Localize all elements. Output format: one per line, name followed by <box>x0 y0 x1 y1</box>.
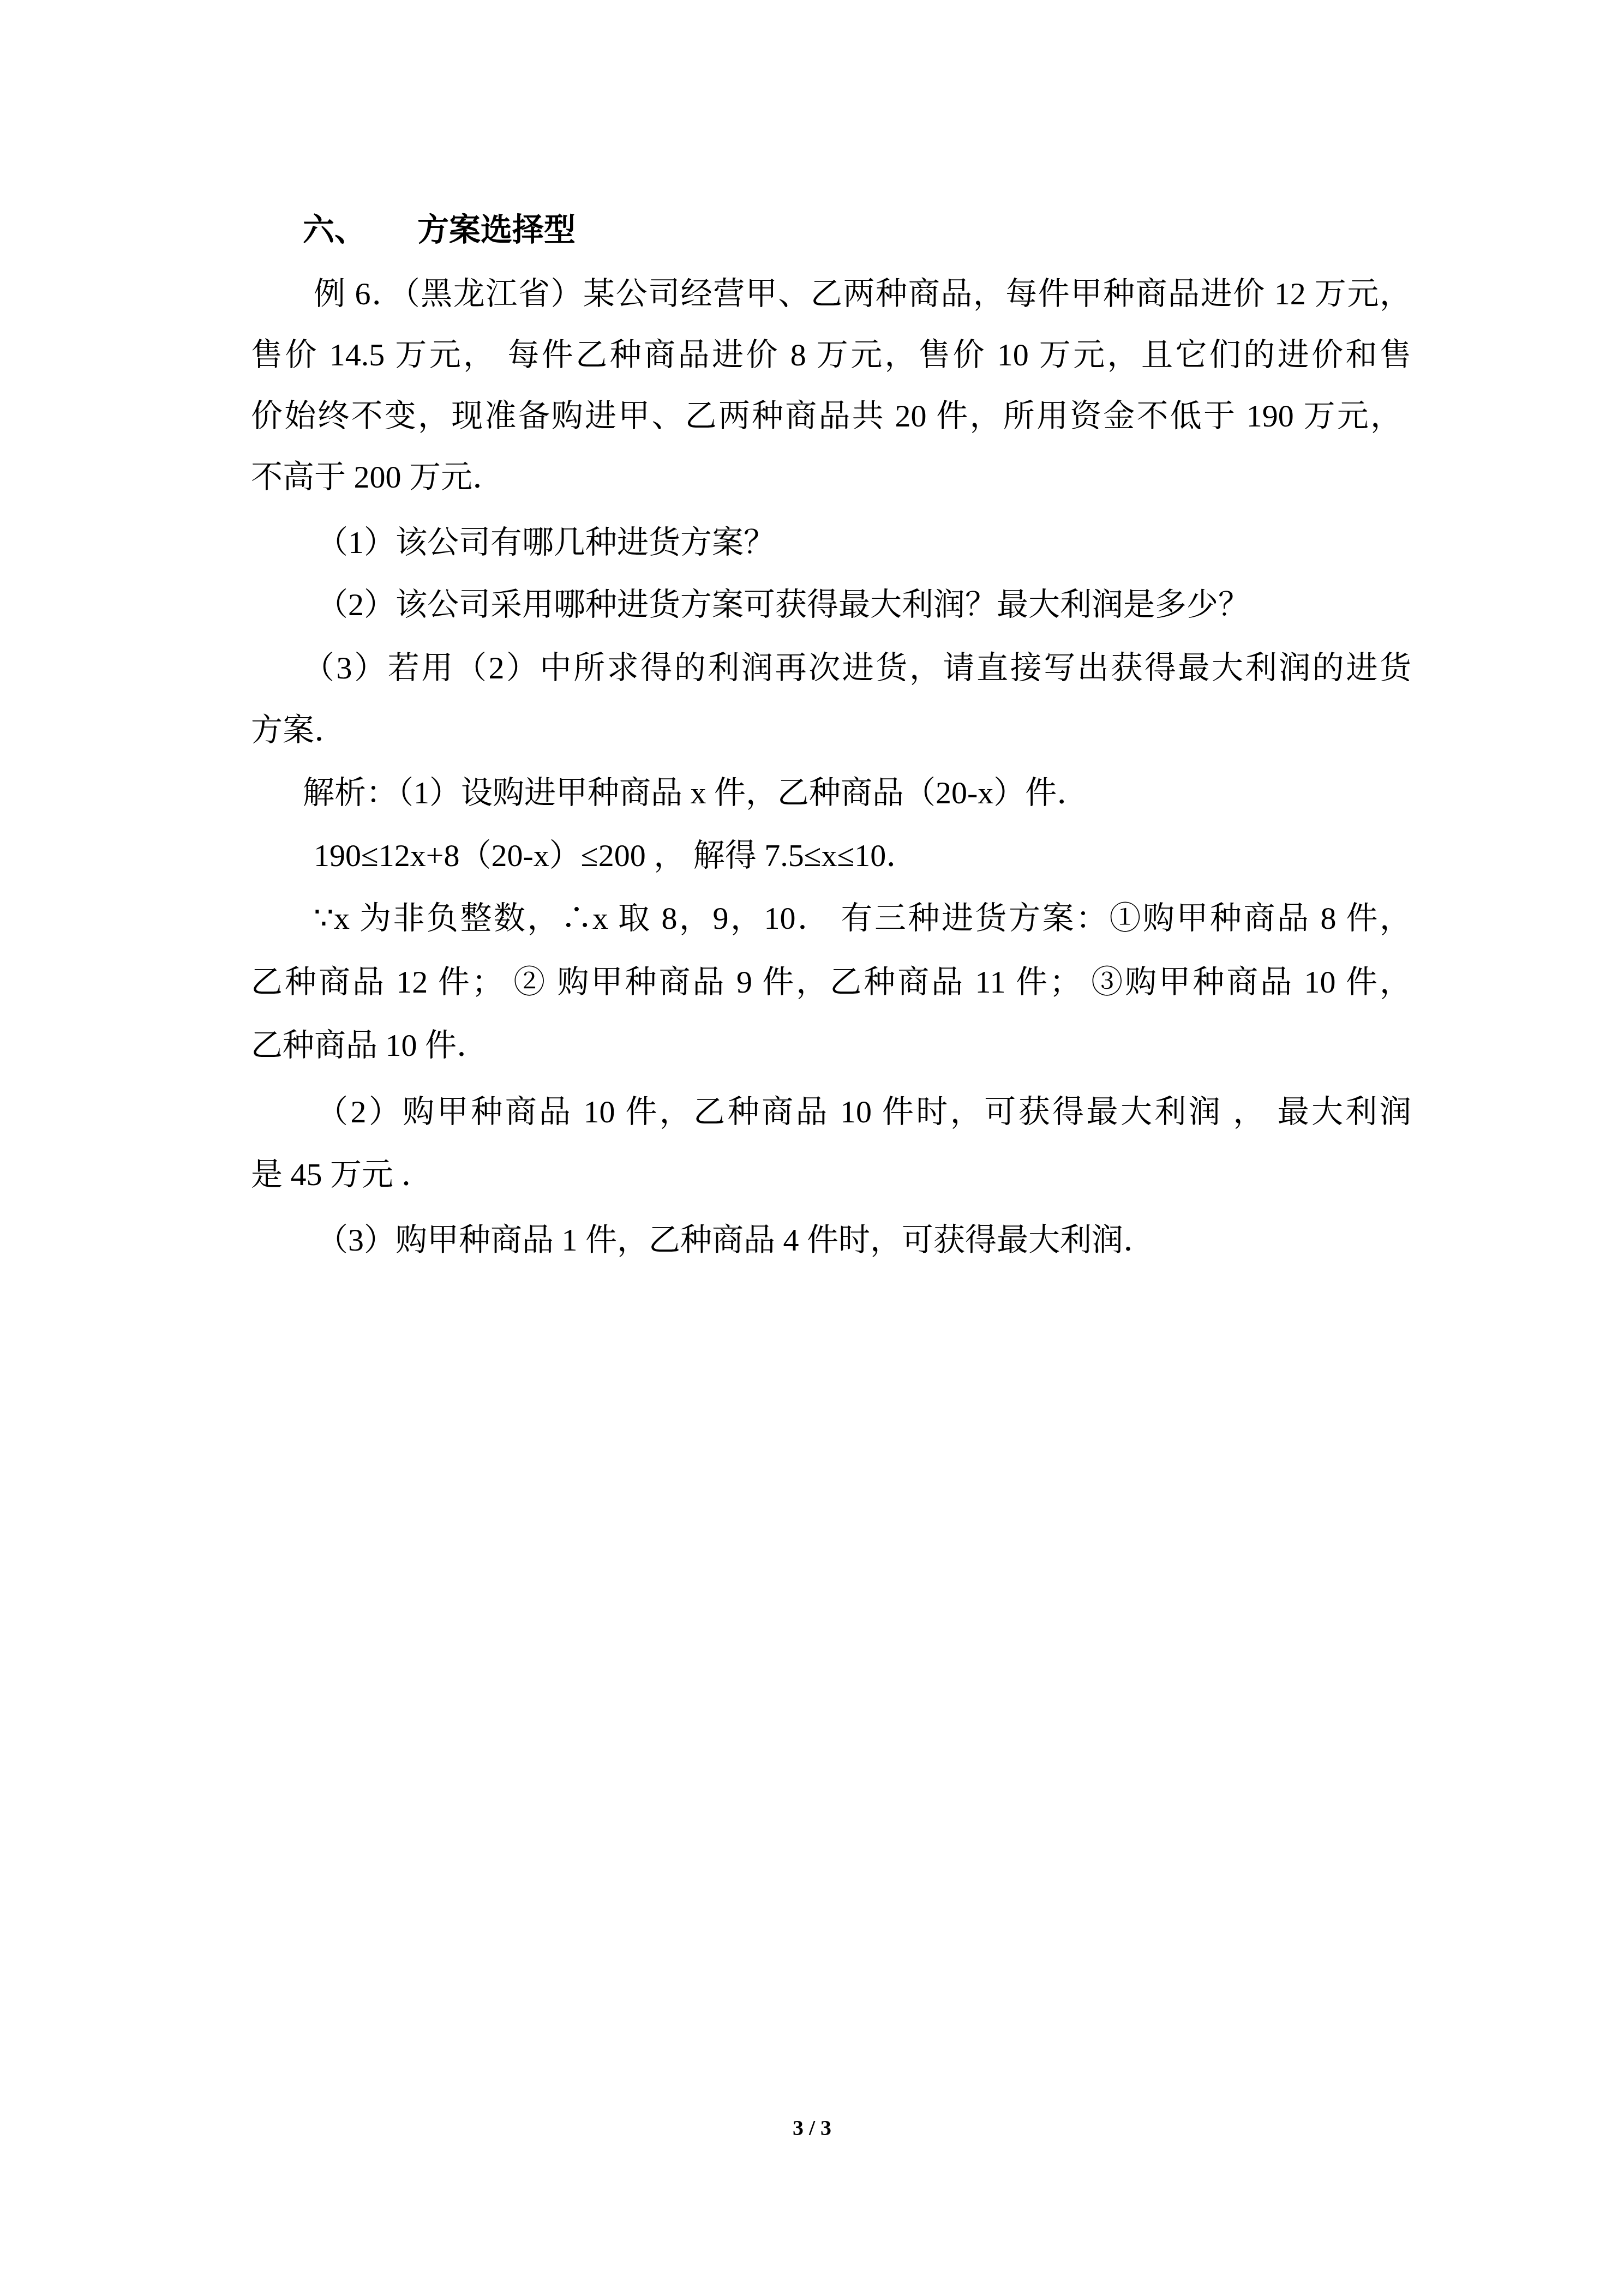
section-heading: 六、方案选择型 <box>303 214 576 245</box>
page-indicator: 3 / 3 <box>0 2115 1624 2141</box>
solution-line: 乙种商品 12 件； ② 购甲种商品 9 件，乙种商品 11 件； ③购甲种商品… <box>251 966 1411 998</box>
solution-inequality: 190≤12x+8（20-x）≤200 ， 解得 7.5≤x≤10． <box>314 840 918 871</box>
solution-line: 是 45 万元 ． <box>251 1159 433 1191</box>
question-3-cont: 方案． <box>251 714 346 746</box>
problem-line: 价始终不变，现准备购进甲、乙两种商品共 20 件，所用资金不低于 190 万元， <box>251 400 1402 432</box>
solution-line: 乙种商品 10 件． <box>251 1030 488 1061</box>
solution-line: （3）购甲种商品 1 件，乙种商品 4 件时，可获得最大利润． <box>316 1224 1155 1256</box>
solution-line: 解析：（1）设购进甲种商品 x 件，乙种商品（20-x）件． <box>303 777 1088 809</box>
problem-line: 不高于 200 万元． <box>251 461 504 493</box>
solution-line: （2）购甲种商品 10 件，乙种商品 10 件时，可获得最大利润 ， 最大利润 <box>316 1096 1411 1128</box>
question-1: （1）该公司有哪几种进货方案？ <box>316 527 775 558</box>
question-2: （2）该公司采用哪种进货方案可获得最大利润？最大利润是多少？ <box>316 589 1250 621</box>
problem-line: 例 6．（黑龙江省）某公司经营甲、乙两种商品，每件甲种商品进价 12 万元， <box>314 278 1411 310</box>
problem-line: 售价 14.5 万元， 每件乙种商品进价 8 万元，售价 10 万元，且它们的进… <box>251 339 1411 371</box>
section-number: 六、 <box>303 214 417 245</box>
document-page: 六、方案选择型 例 6．（黑龙江省）某公司经营甲、乙两种商品，每件甲种商品进价 … <box>0 0 1624 2296</box>
question-3: （3）若用（2）中所求得的利润再次进货，请直接写出获得最大利润的进货 <box>303 652 1411 684</box>
solution-line: ∵x 为非负整数，∴x 取 8，9，10． 有三种进货方案：①购甲种商品 8 件… <box>314 903 1411 934</box>
section-title: 方案选择型 <box>417 211 576 248</box>
